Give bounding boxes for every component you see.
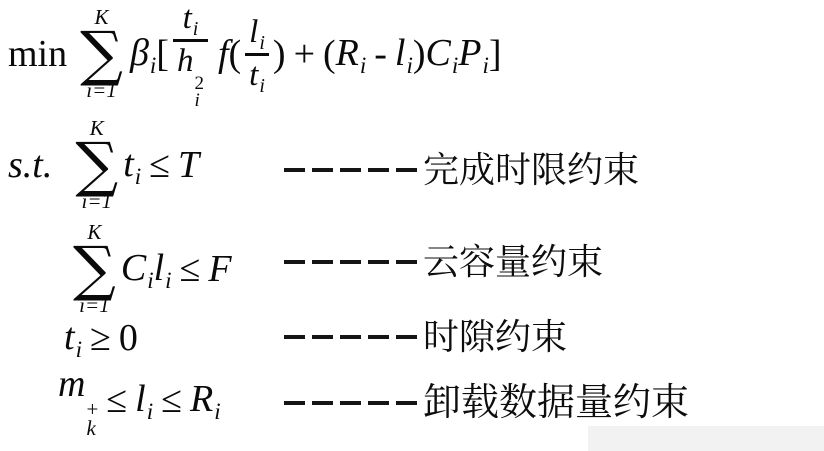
math-symbol: T <box>178 143 199 187</box>
dash-segment <box>312 260 333 264</box>
math-symbol: ( <box>323 32 336 76</box>
subscript: i <box>259 32 265 54</box>
summation-symbol: ∑ <box>75 139 118 191</box>
constraint-label-timeslot: 时隙约束 <box>423 315 567 359</box>
math-symbol: ) <box>273 32 286 76</box>
fraction: liti <box>245 13 269 96</box>
dash-segment <box>368 260 389 264</box>
summation: K∑i=1 <box>75 118 118 212</box>
objective-equation: minK∑i=1βi[tih2if(liti)+(Ri-li)CiPi] <box>8 2 502 106</box>
math-symbol: Ci <box>426 31 459 77</box>
math-operator: ≤ <box>153 378 190 422</box>
fraction-denominator: ti <box>245 56 269 96</box>
dash-segment <box>368 168 389 172</box>
math-symbol: li <box>249 13 265 53</box>
dash-segment <box>312 401 333 405</box>
summation-symbol: ∑ <box>80 28 123 80</box>
math-operator: ≤ <box>141 143 178 187</box>
math-symbol: li <box>135 377 153 423</box>
summation-symbol: ∑ <box>73 243 116 295</box>
dash-connector <box>284 168 417 172</box>
annotation-deadline: 完成时限约束 <box>284 148 639 192</box>
constraint-label-offload: 卸载数据量约束 <box>423 381 689 425</box>
constraint-timeslot-equation: ti≥0 <box>64 316 138 360</box>
math-operator: - <box>366 32 395 76</box>
math-symbol: [ <box>156 32 169 76</box>
math-symbol: min <box>8 32 67 76</box>
watermark-remnant <box>588 426 824 451</box>
math-operator: ≤ <box>98 378 135 422</box>
dash-connector <box>284 335 417 339</box>
subscript: i <box>194 92 199 109</box>
dash-segment <box>368 401 389 405</box>
constraint-offload-equation: m+k≤li≤Ri <box>58 372 221 428</box>
subscript: i <box>259 75 265 97</box>
fraction: tih2i <box>173 0 208 109</box>
dash-connector <box>284 260 417 264</box>
annotation-timeslot: 时隙约束 <box>284 315 567 359</box>
math-symbol: s.t. <box>8 143 52 187</box>
sup-sub-stack: +k <box>86 400 98 438</box>
dash-segment <box>340 335 361 339</box>
summation-lower-limit: i=1 <box>86 80 117 101</box>
dash-segment <box>396 335 417 339</box>
fraction-numerator: ti <box>179 0 203 39</box>
constraint-cloud-capacity-equation: K∑i=1Cili≤F <box>70 222 232 316</box>
math-symbol: ti <box>64 315 82 361</box>
dash-segment <box>396 260 417 264</box>
math-symbol: F <box>208 247 231 291</box>
dash-connector <box>284 401 417 405</box>
math-symbol: βi <box>130 31 156 77</box>
dash-segment <box>340 260 361 264</box>
dash-segment <box>396 168 417 172</box>
math-symbol: Ri <box>336 31 367 77</box>
dash-segment <box>284 168 305 172</box>
subscript: k <box>86 419 95 438</box>
dash-segment <box>284 401 305 405</box>
constraint-deadline-equation: s.t.K∑i=1ti≤T <box>8 116 199 214</box>
constraint-label-cloud-capacity: 云容量约束 <box>423 240 603 284</box>
math-symbol: ti <box>249 56 265 96</box>
math-operator: ≤ <box>172 247 209 291</box>
math-operator: ≥ <box>82 316 119 360</box>
formula-page: minK∑i=1βi[tih2if(liti)+(Ri-li)CiPi] s.t… <box>0 0 824 451</box>
summation: K∑i=1 <box>80 7 123 101</box>
dash-segment <box>312 335 333 339</box>
dash-segment <box>368 335 389 339</box>
annotation-cloud-capacity: 云容量约束 <box>284 240 603 284</box>
dash-segment <box>340 401 361 405</box>
dash-segment <box>284 335 305 339</box>
math-symbol: ti <box>123 142 141 188</box>
summation-lower-limit: i=1 <box>82 191 113 212</box>
math-symbol: m+k <box>58 362 98 439</box>
fraction-numerator: li <box>245 13 269 53</box>
math-symbol: li <box>395 31 413 77</box>
math-operator: + <box>286 32 323 76</box>
subscript: i <box>214 399 220 424</box>
math-symbol: ) <box>413 32 426 76</box>
dash-segment <box>312 168 333 172</box>
sup-sub-stack: 2i <box>194 75 204 109</box>
summation: K∑i=1 <box>73 222 116 316</box>
math-symbol: Ci <box>121 246 154 292</box>
summation-lower-limit: i=1 <box>79 295 110 316</box>
math-symbol: ( <box>229 32 242 76</box>
math-symbol: 0 <box>119 316 138 360</box>
annotation-offload: 卸载数据量约束 <box>284 381 689 425</box>
math-symbol: Pi <box>458 31 489 77</box>
subscript: i <box>193 18 199 40</box>
math-symbol: h2i <box>177 42 204 109</box>
math-symbol: Ri <box>190 377 221 423</box>
dash-segment <box>340 168 361 172</box>
dash-segment <box>396 401 417 405</box>
math-symbol: ] <box>489 32 502 76</box>
constraint-label-deadline: 完成时限约束 <box>423 148 639 192</box>
math-symbol: li <box>154 246 172 292</box>
dash-segment <box>284 260 305 264</box>
fraction-denominator: h2i <box>173 42 208 109</box>
math-symbol: f <box>218 32 229 76</box>
math-symbol: ti <box>183 0 199 39</box>
